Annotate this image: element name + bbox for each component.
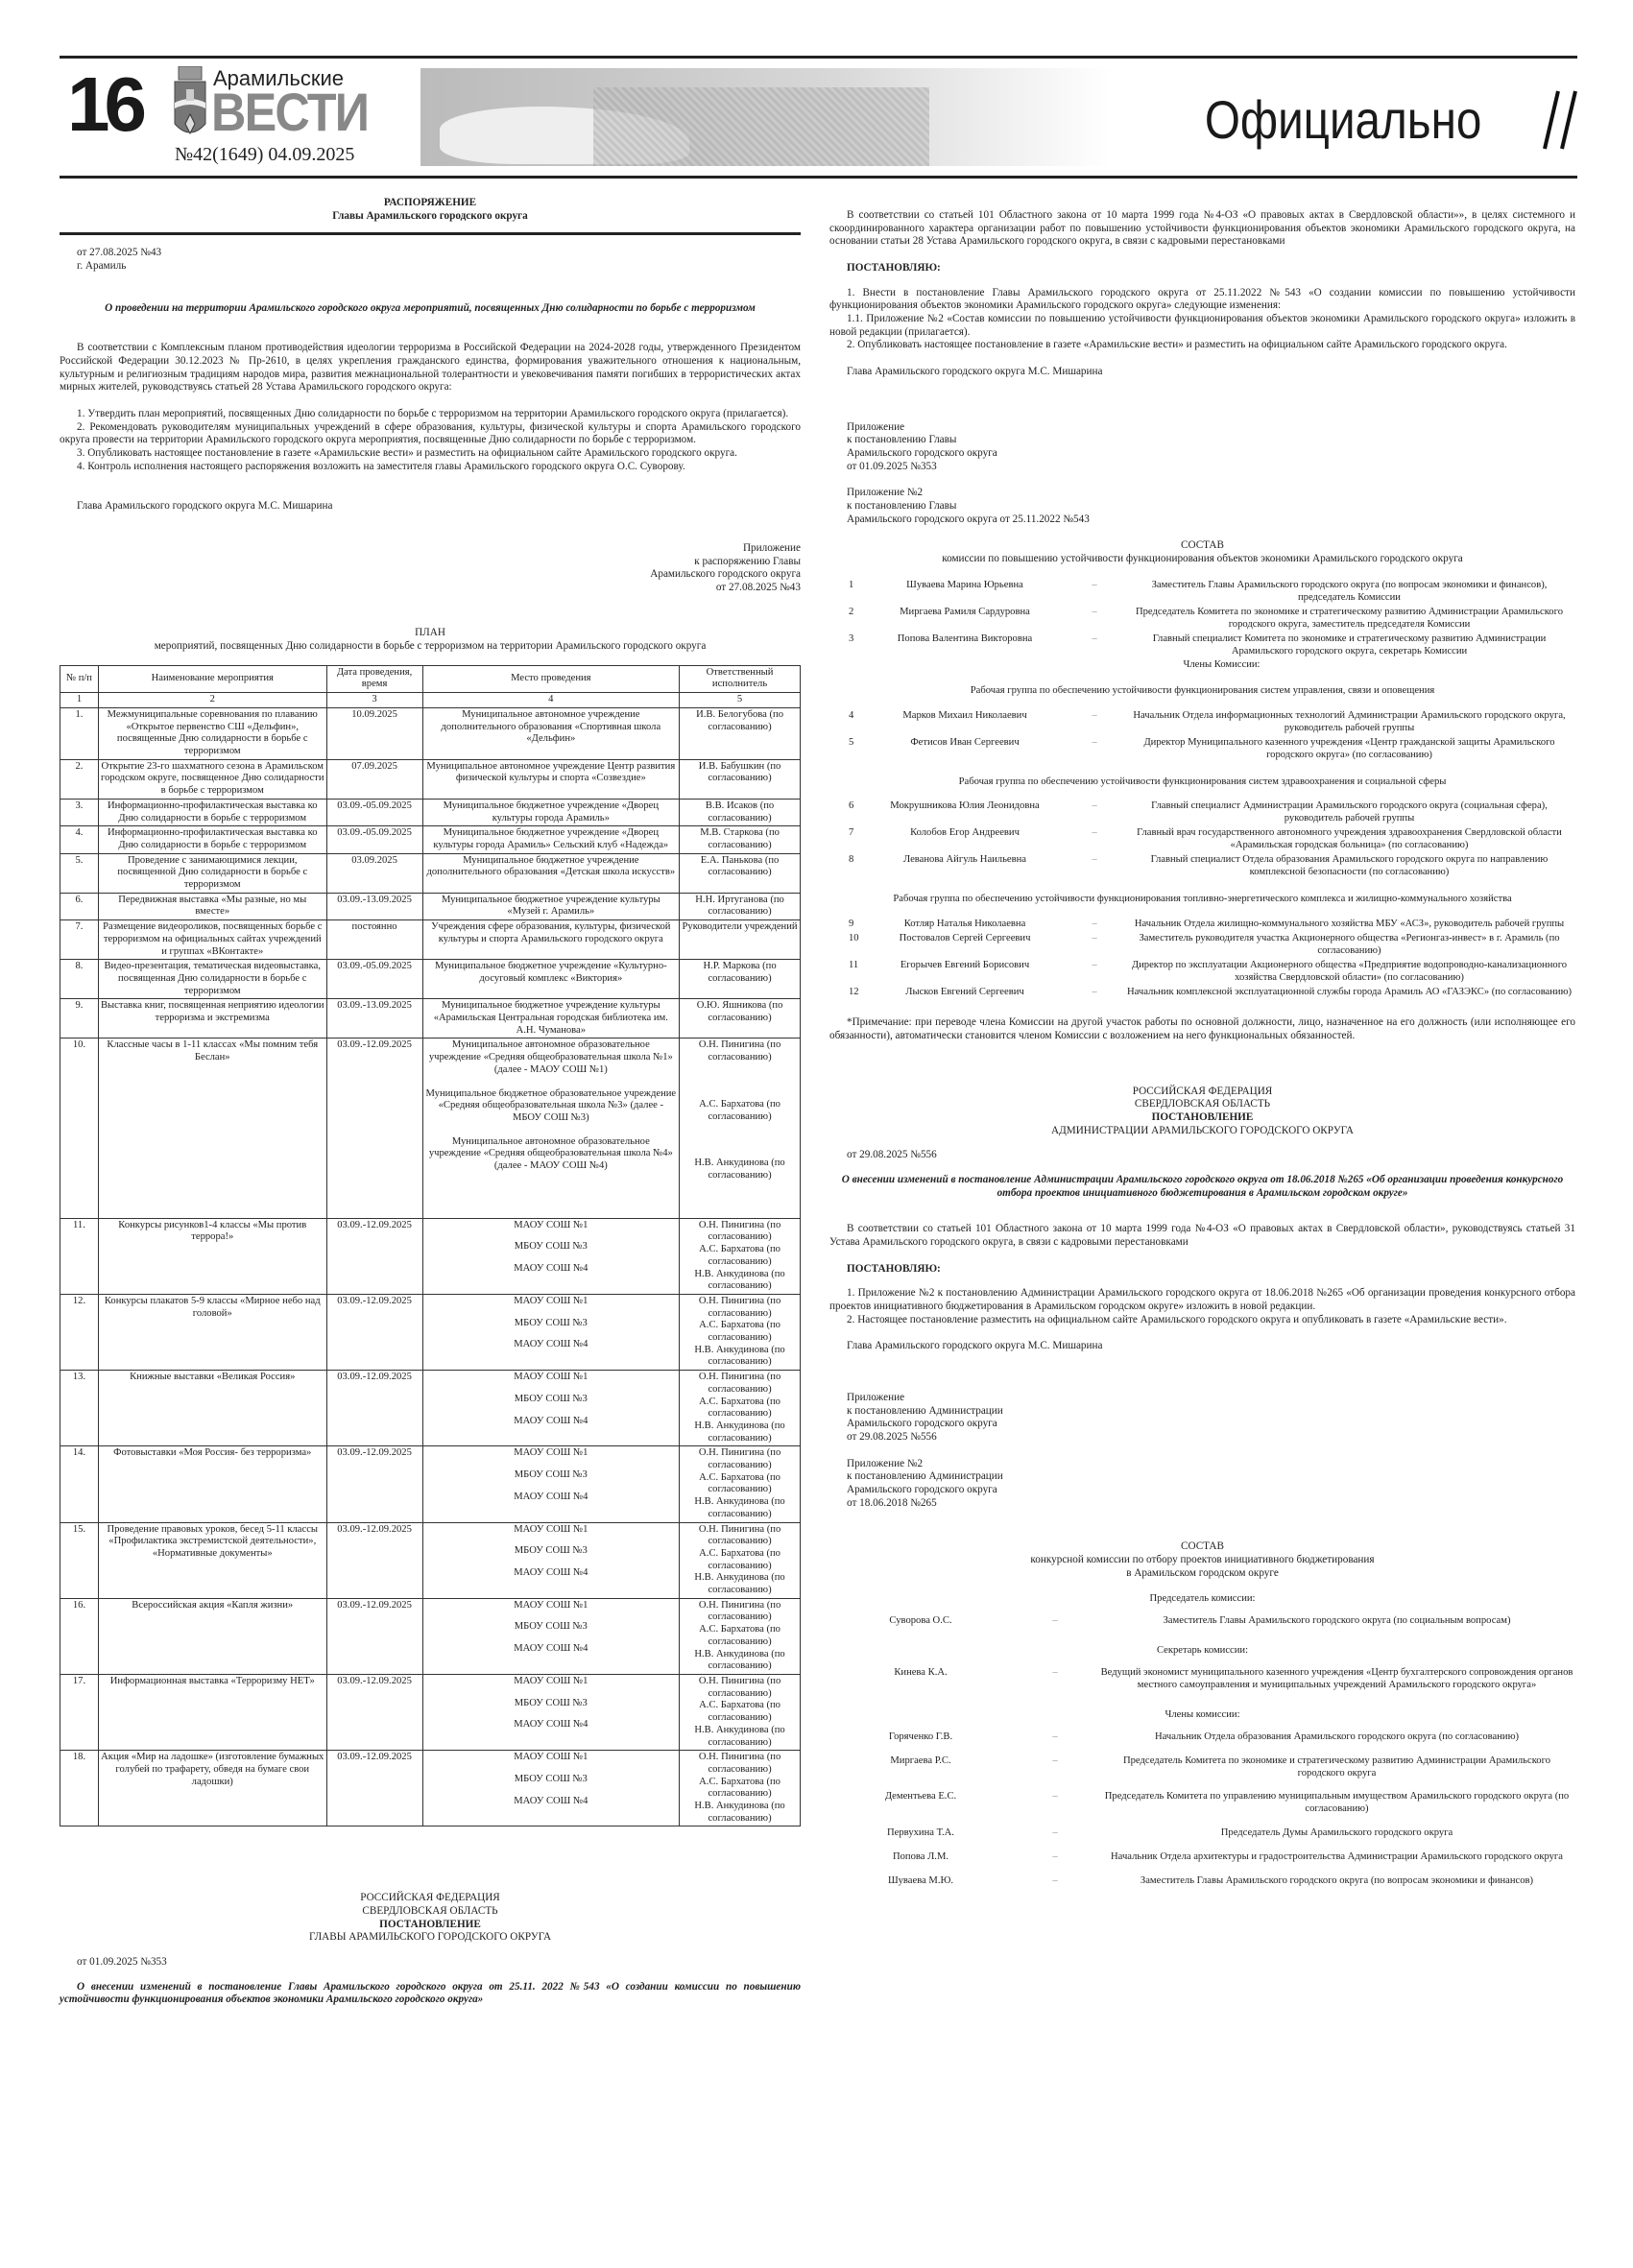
responsible-entry: Н.В. Анкудинова (по согласованию) [682, 1496, 798, 1520]
member-number: 3 [829, 633, 864, 659]
doc3-commission: Председатель комиссии:Суворова О.С.–Заме… [829, 1593, 1575, 1899]
place-entry: МБОУ СОШ №3 [425, 1545, 678, 1558]
event-date: 03.09.-12.09.2025 [326, 1598, 422, 1674]
member-role: Начальник Отдела образования Арамильског… [1098, 1731, 1575, 1755]
header-line: СВЕРДЛОВСКАЯ ОБЛАСТЬ [829, 1098, 1575, 1111]
subtitle-line: конкурсной комиссии по отбору проектов и… [829, 1554, 1575, 1567]
doc2-title: О внесении изменений в постановление Гла… [60, 1981, 801, 2007]
row-number: 10. [60, 1039, 99, 1218]
member-name: Марков Михаил Николаевич [864, 709, 1066, 736]
commission-members: Суворова О.С.–Заместитель Главы Арамильс… [829, 1615, 1575, 1639]
member-row: 4Марков Михаил Николаевич–Начальник Отде… [829, 709, 1575, 736]
row-number: 7. [60, 920, 99, 960]
responsible-entry: А.С. Бархатова (по согласованию) [682, 1244, 798, 1268]
dash: – [1066, 606, 1123, 633]
member-role: Председатель Думы Арамильского городског… [1098, 1827, 1575, 1851]
appendix-line: Арамильского городского округа [847, 1418, 1575, 1431]
event-responsible: О.Н. Пинигина (по согласованию)А.С. Барх… [680, 1522, 801, 1598]
event-date: 03.09.-12.09.2025 [326, 1371, 422, 1446]
place-entry: Муниципальное бюджетное учреждение «Двор… [425, 800, 678, 824]
table-row: 4.Информационно-профилактическая выставк… [60, 826, 801, 853]
member-number: 6 [829, 800, 864, 826]
event-responsible: О.Н. Пинигина (по согласованию)А.С. Барх… [680, 1294, 801, 1370]
member-name: Горяченко Г.В. [829, 1731, 1012, 1755]
member-row: Шуваева М.Ю.–Заместитель Главы Арамильск… [829, 1875, 1575, 1899]
appendix-line: от 27.08.2025 №43 [60, 582, 801, 595]
responsible-entry: А.С. Бархатова (по согласованию) [682, 1700, 798, 1724]
place-entry: Муниципальное автономное образовательное… [425, 1136, 678, 1173]
place-entry: Муниципальное автономное образовательное… [425, 1039, 678, 1076]
decree-item: 4. Контроль исполнения настоящего распор… [60, 461, 801, 474]
event-responsible: Е.А. Панькова (по согласованию) [680, 853, 801, 893]
member-name: Постовалов Сергей Сергеевич [864, 932, 1066, 959]
table-row: 14.Фотовыставки «Моя Россия- без террори… [60, 1446, 801, 1522]
responsible-entry: М.В. Старкова (по согласованию) [682, 827, 798, 851]
doc3-appendix-1: Приложениек постановлению АдминистрацииА… [829, 1392, 1575, 1444]
place-entry: МАОУ СОШ №4 [425, 1719, 678, 1731]
header-line: РОССИЙСКАЯ ФЕДЕРАЦИЯ [60, 1892, 801, 1905]
event-name: Классные часы в 1-11 классах «Мы помним … [98, 1039, 326, 1218]
table-row: 10.Классные часы в 1-11 классах «Мы помн… [60, 1039, 801, 1218]
working-groups: Рабочая группа по обеспечению устойчивос… [829, 685, 1575, 1000]
dash: – [1012, 1615, 1098, 1639]
row-number: 12. [60, 1294, 99, 1370]
appendix-line: от 29.08.2025 №556 [847, 1431, 1575, 1444]
column-header: Наименование мероприятия [98, 665, 326, 692]
event-place: Учреждения сфере образования, культуры, … [422, 920, 680, 960]
doc3-composition-subtitle: конкурсной комиссии по отбору проектов и… [829, 1554, 1575, 1580]
place-entry: МАОУ СОШ №4 [425, 1567, 678, 1580]
place-entry: МАОУ СОШ №4 [425, 1492, 678, 1504]
member-role: Начальник Отдела информационных технолог… [1123, 709, 1575, 736]
doc2-date: от 01.09.2025 №353 [60, 1956, 801, 1970]
member-row: 3Попова Валентина Викторовна–Главный спе… [829, 633, 1575, 659]
member-row: Суворова О.С.–Заместитель Главы Арамильс… [829, 1615, 1575, 1639]
event-place: Муниципальное бюджетное учреждение культ… [422, 999, 680, 1039]
place-entry: МБОУ СОШ №3 [425, 1241, 678, 1253]
member-name: Котляр Наталья Николаевна [864, 918, 1066, 932]
doc3-composition-title: СОСТАВ [829, 1540, 1575, 1554]
appendix-line: Приложение №2 [847, 487, 1575, 500]
table-row: 2.Открытие 23-го шахматного сезона в Ара… [60, 759, 801, 799]
place-entry: МАОУ СОШ №1 [425, 1600, 678, 1612]
decree-item: 2. Рекомендовать руководителям муниципал… [60, 421, 801, 447]
appendix-line: к постановлению Администрации [847, 1405, 1575, 1419]
decree-item: 3. Опубликовать настоящее постановление … [60, 447, 801, 461]
members-label: Члены Комиссии: [829, 659, 1575, 672]
composition-subtitle: комиссии по повышению устойчивости функц… [829, 553, 1575, 566]
event-place: МАОУ СОШ №1МБОУ СОШ №3МАОУ СОШ №4 [422, 1218, 680, 1294]
member-role: Директор Муниципального казенного учрежд… [1123, 736, 1575, 763]
appendix-line: Арамильского городского округа от 25.11.… [847, 513, 1575, 527]
member-name: Попова Л.М. [829, 1851, 1012, 1875]
event-date: 03.09.-12.09.2025 [326, 1675, 422, 1751]
dash: – [1012, 1667, 1098, 1704]
responsible-entry: Н.В. Анкудинова (по согласованию) [682, 1158, 798, 1182]
event-responsible: Н.Р. Маркова (по согласованию) [680, 960, 801, 999]
event-responsible: О.Н. Пинигина (по согласованию)А.С. Барх… [680, 1598, 801, 1674]
responsible-entry: О.Н. Пинигина (по согласованию) [682, 1447, 798, 1471]
place-entry: МАОУ СОШ №1 [425, 1752, 678, 1764]
member-name: Миргаева Р.С. [829, 1755, 1012, 1792]
event-date: 03.09.-05.09.2025 [326, 960, 422, 999]
working-group-title: Рабочая группа по обеспечению устойчивос… [829, 776, 1575, 789]
member-name: Миргаева Рамиля Сардуровна [864, 606, 1066, 633]
place-entry: МБОУ СОШ №3 [425, 1621, 678, 1634]
responsible-entry: А.С. Бархатова (по согласованию) [682, 1320, 798, 1344]
event-date: 03.09.-13.09.2025 [326, 893, 422, 919]
doc3-items: 1. Приложение №2 к постановлению Админис… [829, 1287, 1575, 1326]
responsible-entry: О.Н. Пинигина (по согласованию) [682, 1676, 798, 1700]
place-entry: МАОУ СОШ №1 [425, 1296, 678, 1308]
header-line: СВЕРДЛОВСКАЯ ОБЛАСТЬ [60, 1905, 801, 1919]
member-row: 6Мокрушникова Юлия Леонидовна–Главный сп… [829, 800, 1575, 826]
row-number: 11. [60, 1218, 99, 1294]
responsible-entry: А.С. Бархатова (по согласованию) [682, 1397, 798, 1420]
header-line: АДМИНИСТРАЦИИ АРАМИЛЬСКОГО ГОРОДСКОГО ОК… [829, 1125, 1575, 1138]
decree-item: 2. Настоящее постановление разместить на… [829, 1314, 1575, 1327]
place-entry: МАОУ СОШ №1 [425, 1524, 678, 1537]
column-number: 3 [326, 693, 422, 708]
member-number: 11 [829, 959, 864, 986]
working-group-members: 4Марков Михаил Николаевич–Начальник Отде… [829, 709, 1575, 763]
working-group-members: 9Котляр Наталья Николаевна–Начальник Отд… [829, 918, 1575, 1000]
column-header: Ответственный исполнитель [680, 665, 801, 692]
appendix-line: Приложение №2 [847, 1458, 1575, 1471]
event-responsible: В.В. Исаков (по согласованию) [680, 799, 801, 825]
doc1-preamble: В соответствии с Комплексным планом прот… [60, 342, 801, 394]
responsible-entry: А.С. Бархатова (по согласованию) [682, 1548, 798, 1572]
masthead: 16 Арамильские ВЕСТИ №42(1649) 04.09.202… [60, 56, 1577, 179]
member-name: Мокрушникова Юлия Леонидовна [864, 800, 1066, 826]
table-row: 13.Книжные выставки «Великая Россия»03.0… [60, 1371, 801, 1446]
event-date: 03.09.-13.09.2025 [326, 999, 422, 1039]
event-place: МАОУ СОШ №1МБОУ СОШ №3МАОУ СОШ №4 [422, 1371, 680, 1446]
table-row: 11.Конкурсы рисунков1-4 классы «Мы проти… [60, 1218, 801, 1294]
member-row: Первухина Т.А.–Председатель Думы Арамиль… [829, 1827, 1575, 1851]
column-number: 1 [60, 693, 99, 708]
event-responsible: И.В. Бабушкин (по согласованию) [680, 759, 801, 799]
member-number: 7 [829, 826, 864, 853]
event-name: Всероссийская акция «Капля жизни» [98, 1598, 326, 1674]
member-role: Заместитель руководителя участка Акционе… [1123, 932, 1575, 959]
event-date: 10.09.2025 [326, 707, 422, 759]
member-name: Колобов Егор Андреевич [864, 826, 1066, 853]
column-number: 2 [98, 693, 326, 708]
working-group-title: Рабочая группа по обеспечению устойчивос… [829, 685, 1575, 698]
doc2-items: 1. Внести в постановление Главы Арамильс… [829, 287, 1575, 352]
commission-members: Кинева К.А.–Ведущий экономист муниципаль… [829, 1667, 1575, 1704]
dash: – [1066, 986, 1123, 1000]
table-row: 9.Выставка книг, посвященная неприятию и… [60, 999, 801, 1039]
place-entry: МАОУ СОШ №4 [425, 1416, 678, 1428]
subtitle-line: в Арамильском городском округе [829, 1567, 1575, 1581]
event-responsible: О.Н. Пинигина (по согласованию)А.С. Барх… [680, 1039, 801, 1218]
event-place: Муниципальное бюджетное учреждение допол… [422, 853, 680, 893]
member-name: Первухина Т.А. [829, 1827, 1012, 1851]
doc2-preamble: В соответствии со статьей 101 Областного… [829, 209, 1575, 249]
responsible-entry: Н.В. Анкудинова (по согласованию) [682, 1649, 798, 1673]
responsible-entry: Н.В. Анкудинова (по согласованию) [682, 1269, 798, 1293]
place-entry: МБОУ СОШ №3 [425, 1394, 678, 1406]
member-row: Миргаева Р.С.–Председатель Комитета по э… [829, 1755, 1575, 1792]
dash: – [1012, 1755, 1098, 1792]
event-name: Книжные выставки «Великая Россия» [98, 1371, 326, 1446]
place-entry: МАОУ СОШ №4 [425, 1643, 678, 1656]
place-entry: МАОУ СОШ №1 [425, 1220, 678, 1232]
event-place: МАОУ СОШ №1МБОУ СОШ №3МАОУ СОШ №4 [422, 1446, 680, 1522]
decree-item: 1.1. Приложение №2 «Состав комиссии по п… [829, 313, 1575, 339]
plan-subtitle: мероприятий, посвященных Дню солидарност… [60, 640, 801, 654]
member-name: Шуваева М.Ю. [829, 1875, 1012, 1899]
event-place: Муниципальное бюджетное учреждение «Куль… [422, 960, 680, 999]
row-number: 17. [60, 1675, 99, 1751]
event-responsible: О.Ю. Яшникова (по согласованию) [680, 999, 801, 1039]
member-row: 1Шуваева Марина Юрьевна–Заместитель Глав… [829, 579, 1575, 606]
responsible-entry: А.С. Бархатова (по согласованию) [682, 1099, 798, 1123]
appendix-line: Арамильского городского округа [60, 568, 801, 582]
event-responsible: О.Н. Пинигина (по согласованию)А.С. Барх… [680, 1675, 801, 1751]
appendix-line: к постановлению Главы [847, 434, 1575, 447]
responsible-entry: А.С. Бархатова (по согласованию) [682, 1777, 798, 1801]
banner-photo [420, 68, 1112, 166]
commission-members: Горяченко Г.В.–Начальник Отдела образова… [829, 1731, 1575, 1899]
table-row: 1.Межмуниципальные соревнования по плава… [60, 707, 801, 759]
event-date: 03.09.-12.09.2025 [326, 1522, 422, 1598]
row-number: 15. [60, 1522, 99, 1598]
member-row: 10Постовалов Сергей Сергеевич–Заместител… [829, 932, 1575, 959]
table-row: 6.Передвижная выставка «Мы разные, но мы… [60, 893, 801, 919]
dash: – [1066, 826, 1123, 853]
header-line: РОССИЙСКАЯ ФЕДЕРАЦИЯ [829, 1086, 1575, 1099]
event-place: Муниципальное бюджетное учреждение «Двор… [422, 826, 680, 853]
doc1-issuer: Главы Арамильского городского округа [60, 210, 801, 224]
table-row: 16.Всероссийская акция «Капля жизни»03.0… [60, 1598, 801, 1674]
double-slash-icon [1543, 89, 1577, 151]
event-place: МАОУ СОШ №1МБОУ СОШ №3МАОУ СОШ №4 [422, 1598, 680, 1674]
event-responsible: М.В. Старкова (по согласованию) [680, 826, 801, 853]
member-row: 8Леванова Айгуль Наильевна–Главный специ… [829, 853, 1575, 880]
member-role: Заместитель Главы Арамильского городског… [1098, 1875, 1575, 1899]
member-number: 2 [829, 606, 864, 633]
doc3-decree-word: ПОСТАНОВЛЯЮ: [829, 1263, 1575, 1277]
member-name: Суворова О.С. [829, 1615, 1012, 1639]
right-column: В соответствии со статьей 101 Областного… [829, 209, 1575, 1899]
event-name: Конкурсы плакатов 5-9 классы «Мирное неб… [98, 1294, 326, 1370]
event-date: 03.09.-12.09.2025 [326, 1039, 422, 1218]
member-role: Начальник комплексной эксплуатационной с… [1123, 986, 1575, 1000]
member-role: Председатель Комитета по экономике и стр… [1098, 1755, 1575, 1792]
appendix-line: от 01.09.2025 №353 [847, 461, 1575, 474]
member-role: Ведущий экономист муниципального казенно… [1098, 1667, 1575, 1704]
responsible-entry: Н.В. Анкудинова (по согласованию) [682, 1420, 798, 1444]
member-number: 5 [829, 736, 864, 763]
doc2-decree-word: ПОСТАНОВЛЯЮ: [829, 262, 1575, 275]
responsible-entry: О.Н. Пинигина (по согласованию) [682, 1600, 798, 1624]
plan-table: № п/пНаименование мероприятияДата провед… [60, 665, 801, 1827]
responsible-entry: Н.В. Анкудинова (по согласованию) [682, 1572, 798, 1596]
responsible-entry: Н.В. Анкудинова (по согласованию) [682, 1725, 798, 1749]
event-place: МАОУ СОШ №1МБОУ СОШ №3МАОУ СОШ №4 [422, 1751, 680, 1826]
event-name: Информационно-профилактическая выставка … [98, 826, 326, 853]
member-name: Фетисов Иван Сергеевич [864, 736, 1066, 763]
event-date: 03.09.-05.09.2025 [326, 826, 422, 853]
member-row: 11Егорычев Евгений Борисович–Директор по… [829, 959, 1575, 986]
responsible-entry: О.Н. Пинигина (по согласованию) [682, 1039, 798, 1063]
place-entry: Учреждения сфере образования, культуры, … [425, 921, 678, 945]
doc3-date: от 29.08.2025 №556 [829, 1149, 1575, 1162]
working-group-members: 6Мокрушникова Юлия Леонидовна–Главный сп… [829, 800, 1575, 880]
column-number: 5 [680, 693, 801, 708]
member-name: Егорычев Евгений Борисович [864, 959, 1066, 986]
event-place: МАОУ СОШ №1МБОУ СОШ №3МАОУ СОШ №4 [422, 1294, 680, 1370]
doc3-header: РОССИЙСКАЯ ФЕДЕРАЦИЯСВЕРДЛОВСКАЯ ОБЛАСТЬ… [829, 1086, 1575, 1138]
responsible-entry: Руководители учреждений [682, 921, 798, 934]
decree-item: 1. Внести в постановление Главы Арамильс… [829, 287, 1575, 313]
doc1-title: О проведении на территории Арамильского … [69, 302, 791, 316]
decree-item: 1. Утвердить план мероприятий, посвященн… [60, 408, 801, 421]
place-entry: Муниципальное бюджетное учреждение «Двор… [425, 827, 678, 851]
place-entry: МАОУ СОШ №4 [425, 1263, 678, 1276]
dash: – [1066, 736, 1123, 763]
dash: – [1066, 959, 1123, 986]
commission-leaders: 1Шуваева Марина Юрьевна–Заместитель Глав… [829, 579, 1575, 659]
appendix-line: от 18.06.2018 №265 [847, 1497, 1575, 1511]
event-responsible: О.Н. Пинигина (по согласованию)А.С. Барх… [680, 1751, 801, 1826]
appendix-line: Приложение [60, 542, 801, 556]
doc1-appendix: Приложениек распоряжению ГлавыАрамильско… [60, 542, 801, 595]
event-place: Муниципальное бюджетное учреждение «Двор… [422, 799, 680, 825]
row-number: 2. [60, 759, 99, 799]
doc2-note: *Примечание: при переводе члена Комиссии… [829, 1016, 1575, 1042]
member-name: Леванова Айгуль Наильевна [864, 853, 1066, 880]
row-number: 8. [60, 960, 99, 999]
event-date: 03.09.-12.09.2025 [326, 1751, 422, 1826]
row-number: 1. [60, 707, 99, 759]
coat-of-arms-icon [173, 66, 207, 141]
member-row: 12Лысков Евгений Сергеевич–Начальник ком… [829, 986, 1575, 1000]
event-name: Межмуниципальные соревнования по плавани… [98, 707, 326, 759]
appendix-line: Приложение [847, 1392, 1575, 1405]
event-responsible: Руководители учреждений [680, 920, 801, 960]
responsible-entry: В.В. Исаков (по согласованию) [682, 800, 798, 824]
member-number: 9 [829, 918, 864, 932]
member-name: Шуваева Марина Юрьевна [864, 579, 1066, 606]
member-role: Главный врач государственного автономног… [1123, 826, 1575, 853]
member-role: Директор по эксплуатации Акционерного об… [1123, 959, 1575, 986]
member-role: Начальник Отдела архитектуры и градостро… [1098, 1851, 1575, 1875]
event-place: Муниципальное автономное учреждение допо… [422, 707, 680, 759]
place-entry: Муниципальное автономное учреждение Цент… [425, 761, 678, 785]
dash: – [1012, 1791, 1098, 1827]
place-entry: МБОУ СОШ №3 [425, 1698, 678, 1710]
decree-item: 2. Опубликовать настоящее постановление … [829, 339, 1575, 352]
responsible-entry: О.Ю. Яшникова (по согласованию) [682, 1000, 798, 1024]
event-name: Проведение с занимающимися лекции, посвя… [98, 853, 326, 893]
event-name: Информационная выставка «Терроризму НЕТ» [98, 1675, 326, 1751]
member-number: 4 [829, 709, 864, 736]
event-date: 03.09.-12.09.2025 [326, 1446, 422, 1522]
place-entry: МАОУ СОШ №4 [425, 1796, 678, 1808]
dash: – [1012, 1851, 1098, 1875]
working-group-title: Рабочая группа по обеспечению устойчивос… [829, 894, 1575, 906]
header-line: ПОСТАНОВЛЕНИЕ [829, 1111, 1575, 1125]
plan-table-body: 1.Межмуниципальные соревнования по плава… [60, 707, 801, 1826]
member-row: Попова Л.М.–Начальник Отдела архитектуры… [829, 1851, 1575, 1875]
table-row: 12.Конкурсы плакатов 5-9 классы «Мирное … [60, 1294, 801, 1370]
responsible-entry: Е.А. Панькова (по согласованию) [682, 855, 798, 879]
commission-section-label: Члены комиссии: [829, 1709, 1575, 1722]
appendix-line: к постановлению Администрации [847, 1470, 1575, 1484]
member-number: 12 [829, 986, 864, 1000]
responsible-entry: О.Н. Пинигина (по согласованию) [682, 1524, 798, 1548]
table-row: 8.Видео-презентация, тематическая видеов… [60, 960, 801, 999]
doc2-appendix-2: Приложение №2к постановлению ГлавыАрамил… [829, 487, 1575, 526]
column-header: Место проведения [422, 665, 680, 692]
member-role: Главный специалист Отдела образования Ар… [1123, 853, 1575, 880]
event-place: МАОУ СОШ №1МБОУ СОШ №3МАОУ СОШ №4 [422, 1675, 680, 1751]
doc3-appendix-2: Приложение №2к постановлению Администрац… [829, 1458, 1575, 1511]
header-line: ГЛАВЫ АРАМИЛЬСКОГО ГОРОДСКОГО ОКРУГА [60, 1931, 801, 1945]
member-name: Дементьева Е.С. [829, 1791, 1012, 1827]
responsible-entry: Н.Н. Иртуганова (по согласованию) [682, 895, 798, 919]
event-date: 03.09.-12.09.2025 [326, 1218, 422, 1294]
table-row: 18.Акция «Мир на ладошке» (изготовление … [60, 1751, 801, 1826]
event-name: Фотовыставки «Моя Россия- без терроризма… [98, 1446, 326, 1522]
place-entry: МБОУ СОШ №3 [425, 1318, 678, 1330]
member-role: Начальник Отдела жилищно-коммунального х… [1123, 918, 1575, 932]
left-column: РАСПОРЯЖЕНИЕ Главы Арамильского городско… [60, 197, 801, 2007]
place-entry: Муниципальное бюджетное учреждение культ… [425, 895, 678, 919]
appendix-line: Арамильского городского округа [847, 447, 1575, 461]
member-name: Кинева К.А. [829, 1667, 1012, 1704]
event-name: Передвижная выставка «Мы разные, но мы в… [98, 893, 326, 919]
event-place: МАОУ СОШ №1МБОУ СОШ №3МАОУ СОШ №4 [422, 1522, 680, 1598]
plan-title: ПЛАН [60, 627, 801, 640]
place-entry: Муниципальное бюджетное учреждение «Куль… [425, 961, 678, 985]
event-name: Выставка книг, посвященная неприятию иде… [98, 999, 326, 1039]
commission-section-label: Секретарь комиссии: [829, 1645, 1575, 1658]
responsible-entry: О.Н. Пинигина (по согласованию) [682, 1372, 798, 1396]
doc3-title: О внесении изменений в постановление Адм… [829, 1174, 1575, 1200]
table-row: 17.Информационная выставка «Терроризму Н… [60, 1675, 801, 1751]
event-responsible: О.Н. Пинигина (по согласованию)А.С. Барх… [680, 1446, 801, 1522]
doc1-date: от 27.08.2025 №43 [60, 247, 801, 260]
event-date: постоянно [326, 920, 422, 960]
event-name: Проведение правовых уроков, бесед 5-11 к… [98, 1522, 326, 1598]
row-number: 9. [60, 999, 99, 1039]
event-name: Видео-презентация, тематическая видеовыс… [98, 960, 326, 999]
doc1-signature: Глава Арамильского городского округа М.С… [60, 500, 801, 513]
dash: – [1066, 853, 1123, 880]
dash: – [1012, 1875, 1098, 1899]
place-entry: МБОУ СОШ №3 [425, 1469, 678, 1482]
event-date: 03.09.2025 [326, 853, 422, 893]
place-entry: МАОУ СОШ №1 [425, 1372, 678, 1384]
member-name: Лысков Евгений Сергеевич [864, 986, 1066, 1000]
responsible-entry: И.В. Белогубова (по согласованию) [682, 709, 798, 733]
member-role: Председатель Комитета по управлению муни… [1098, 1791, 1575, 1827]
divider [60, 232, 801, 235]
place-entry: Муниципальное бюджетное учреждение допол… [425, 855, 678, 879]
dash: – [1012, 1731, 1098, 1755]
event-name: Открытие 23-го шахматного сезона в Арами… [98, 759, 326, 799]
event-name: Акция «Мир на ладошке» (изготовление бум… [98, 1751, 326, 1826]
member-row: Кинева К.А.–Ведущий экономист муниципаль… [829, 1667, 1575, 1704]
event-date: 03.09.-12.09.2025 [326, 1294, 422, 1370]
responsible-entry: Н.В. Анкудинова (по согласованию) [682, 1345, 798, 1369]
place-entry: МАОУ СОШ №1 [425, 1676, 678, 1688]
